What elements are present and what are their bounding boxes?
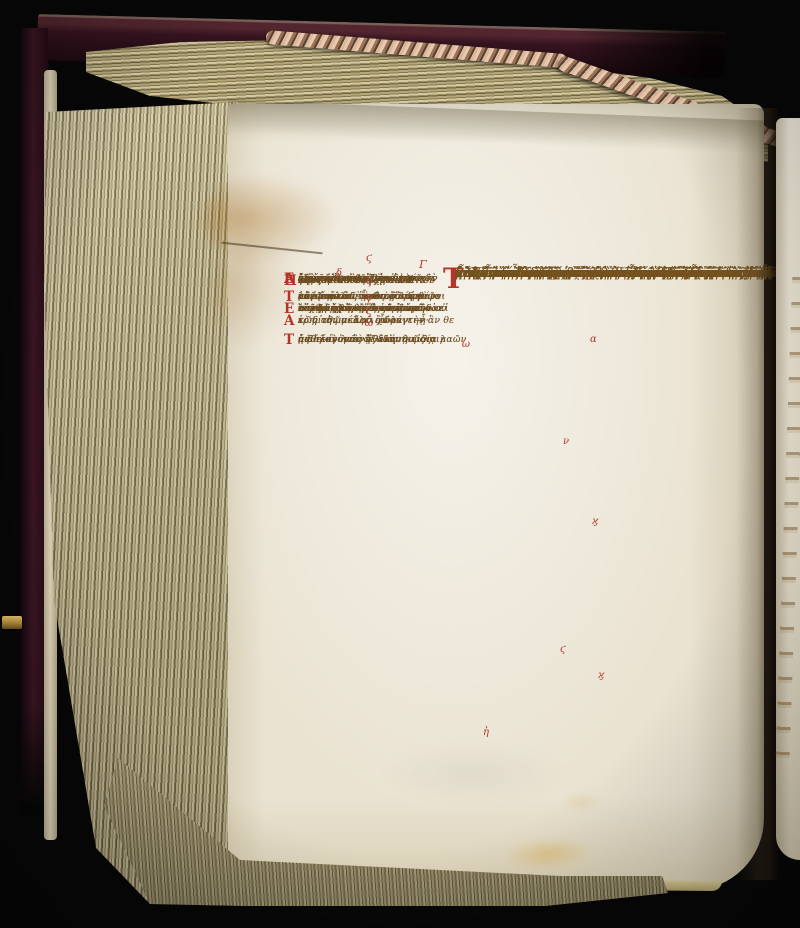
- clasp-pin: [2, 616, 22, 629]
- rubric-accent: ϛ: [560, 644, 566, 655]
- rubric-initial: Ε: [284, 275, 294, 288]
- manuscript-photo: ϛΛὁ ἄνεμος τὸ σῶμα ὑψηρῷ δὲκαὶ μᾶλλον κα…: [0, 0, 800, 928]
- rubric-initial: Τ: [284, 334, 294, 347]
- rubric-divider-mark: ϙ: [334, 291, 404, 303]
- rubric-accent: ἡ: [483, 727, 489, 738]
- rubric-accent: ϗ: [598, 670, 604, 681]
- marginal-scholia-column: ϛΛὁ ἄνεμος τὸ σῶμα ὑψηρῷ δὲκαὶ μᾶλλον κα…: [284, 252, 454, 334]
- rubric-divider-mark: ϛ: [334, 275, 404, 287]
- rubric-initial: Α: [284, 315, 294, 328]
- rubric-accent: ϗ: [592, 516, 598, 527]
- marginal-note-line: μεῖ· —: [298, 334, 329, 346]
- gutter-shadow: [736, 108, 778, 880]
- rubric-accent: α: [590, 334, 597, 345]
- rubric-divider-mark: Γ: [408, 259, 438, 271]
- rubric-accent: ν: [563, 436, 569, 447]
- rubric-divider-mark: ω: [334, 317, 404, 329]
- parchment-smudge: [378, 742, 568, 806]
- parchment-stain: [560, 793, 602, 811]
- rubric-divider-mark: ϛ: [334, 252, 404, 264]
